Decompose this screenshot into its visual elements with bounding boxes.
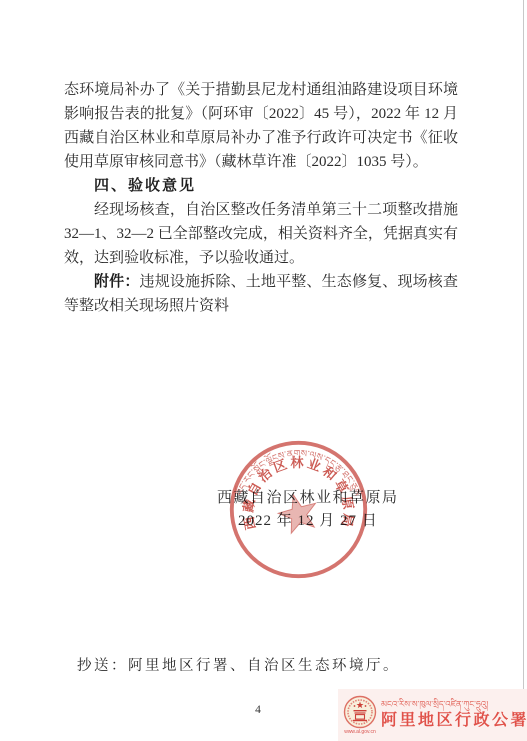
attachment-label: 附件： (94, 273, 140, 290)
seal-star-icon (278, 495, 315, 534)
section-heading: 四、验收意见 (64, 174, 458, 198)
scan-edge-line (523, 0, 524, 741)
national-emblem-icon (343, 695, 377, 729)
body-line: 经现场核查，自治区整改任务清单第三十二项整改措施 (64, 198, 458, 222)
body-line: 态环境局补办了《关于措勤县尼龙村通组油路建设项目环境 (64, 78, 458, 102)
body-line: 使用草原审核同意书》（藏林草许准〔2022〕1035 号）。 (64, 150, 458, 174)
attachment-text: 违规设施拆除、土地平整、生态修复、现场核查 (140, 274, 458, 290)
badge-chinese-text: 阿里地区行政公署 (381, 711, 527, 731)
attachment-line: 等整改相关现场照片资料 (64, 294, 458, 318)
document-page: 态环境局补办了《关于措勤县尼龙村通组油路建设项目环境 影响报告表的批复》（阿环审… (0, 0, 527, 741)
badge-text-block: མངའ་རིས་ས་ཁུལ་སྲིད་འཛིན་ཀུང་ཧྲུའུ། 阿里地区行… (381, 700, 527, 731)
attachment-line: 附件：违规设施拆除、土地平整、生态修复、现场核查 (64, 270, 458, 294)
badge-tibetan-text: མངའ་རིས་ས་ཁུལ་སྲིད་འཛིན་ཀུང་ཧྲུའུ། (381, 700, 527, 711)
gov-watermark: www.al.gov.cn མངའ་རིས་ས་ཁུལ་སྲིད་འཛིན་ཀུ… (338, 689, 527, 741)
copy-to-line: 抄送：阿里地区行署、自治区生态环境厅。 (77, 654, 400, 675)
official-seal: བོད་རང་སྐྱོང་ལྗོངས་ནགས་ལས་དང་རྩྭ་ཐང་ཅུས … (226, 437, 371, 582)
page-number: 4 (247, 704, 269, 716)
badge-url: www.al.gov.cn (344, 730, 376, 735)
body-line: 32—1、32—2 已全部整改完成，相关资料齐全，凭据真实有 (64, 222, 458, 246)
body-line: 西藏自治区林业和草原局补办了准予行政许可决定书《征收 (64, 126, 458, 150)
body-line: 效，达到验收标准，予以验收通过。 (64, 246, 458, 270)
emblem-block: www.al.gov.cn (343, 695, 377, 735)
document-body: 态环境局补办了《关于措勤县尼龙村通组油路建设项目环境 影响报告表的批复》（阿环审… (64, 78, 458, 318)
body-line: 影响报告表的批复》（阿环审〔2022〕45 号），2022 年 12 月 (64, 102, 458, 126)
